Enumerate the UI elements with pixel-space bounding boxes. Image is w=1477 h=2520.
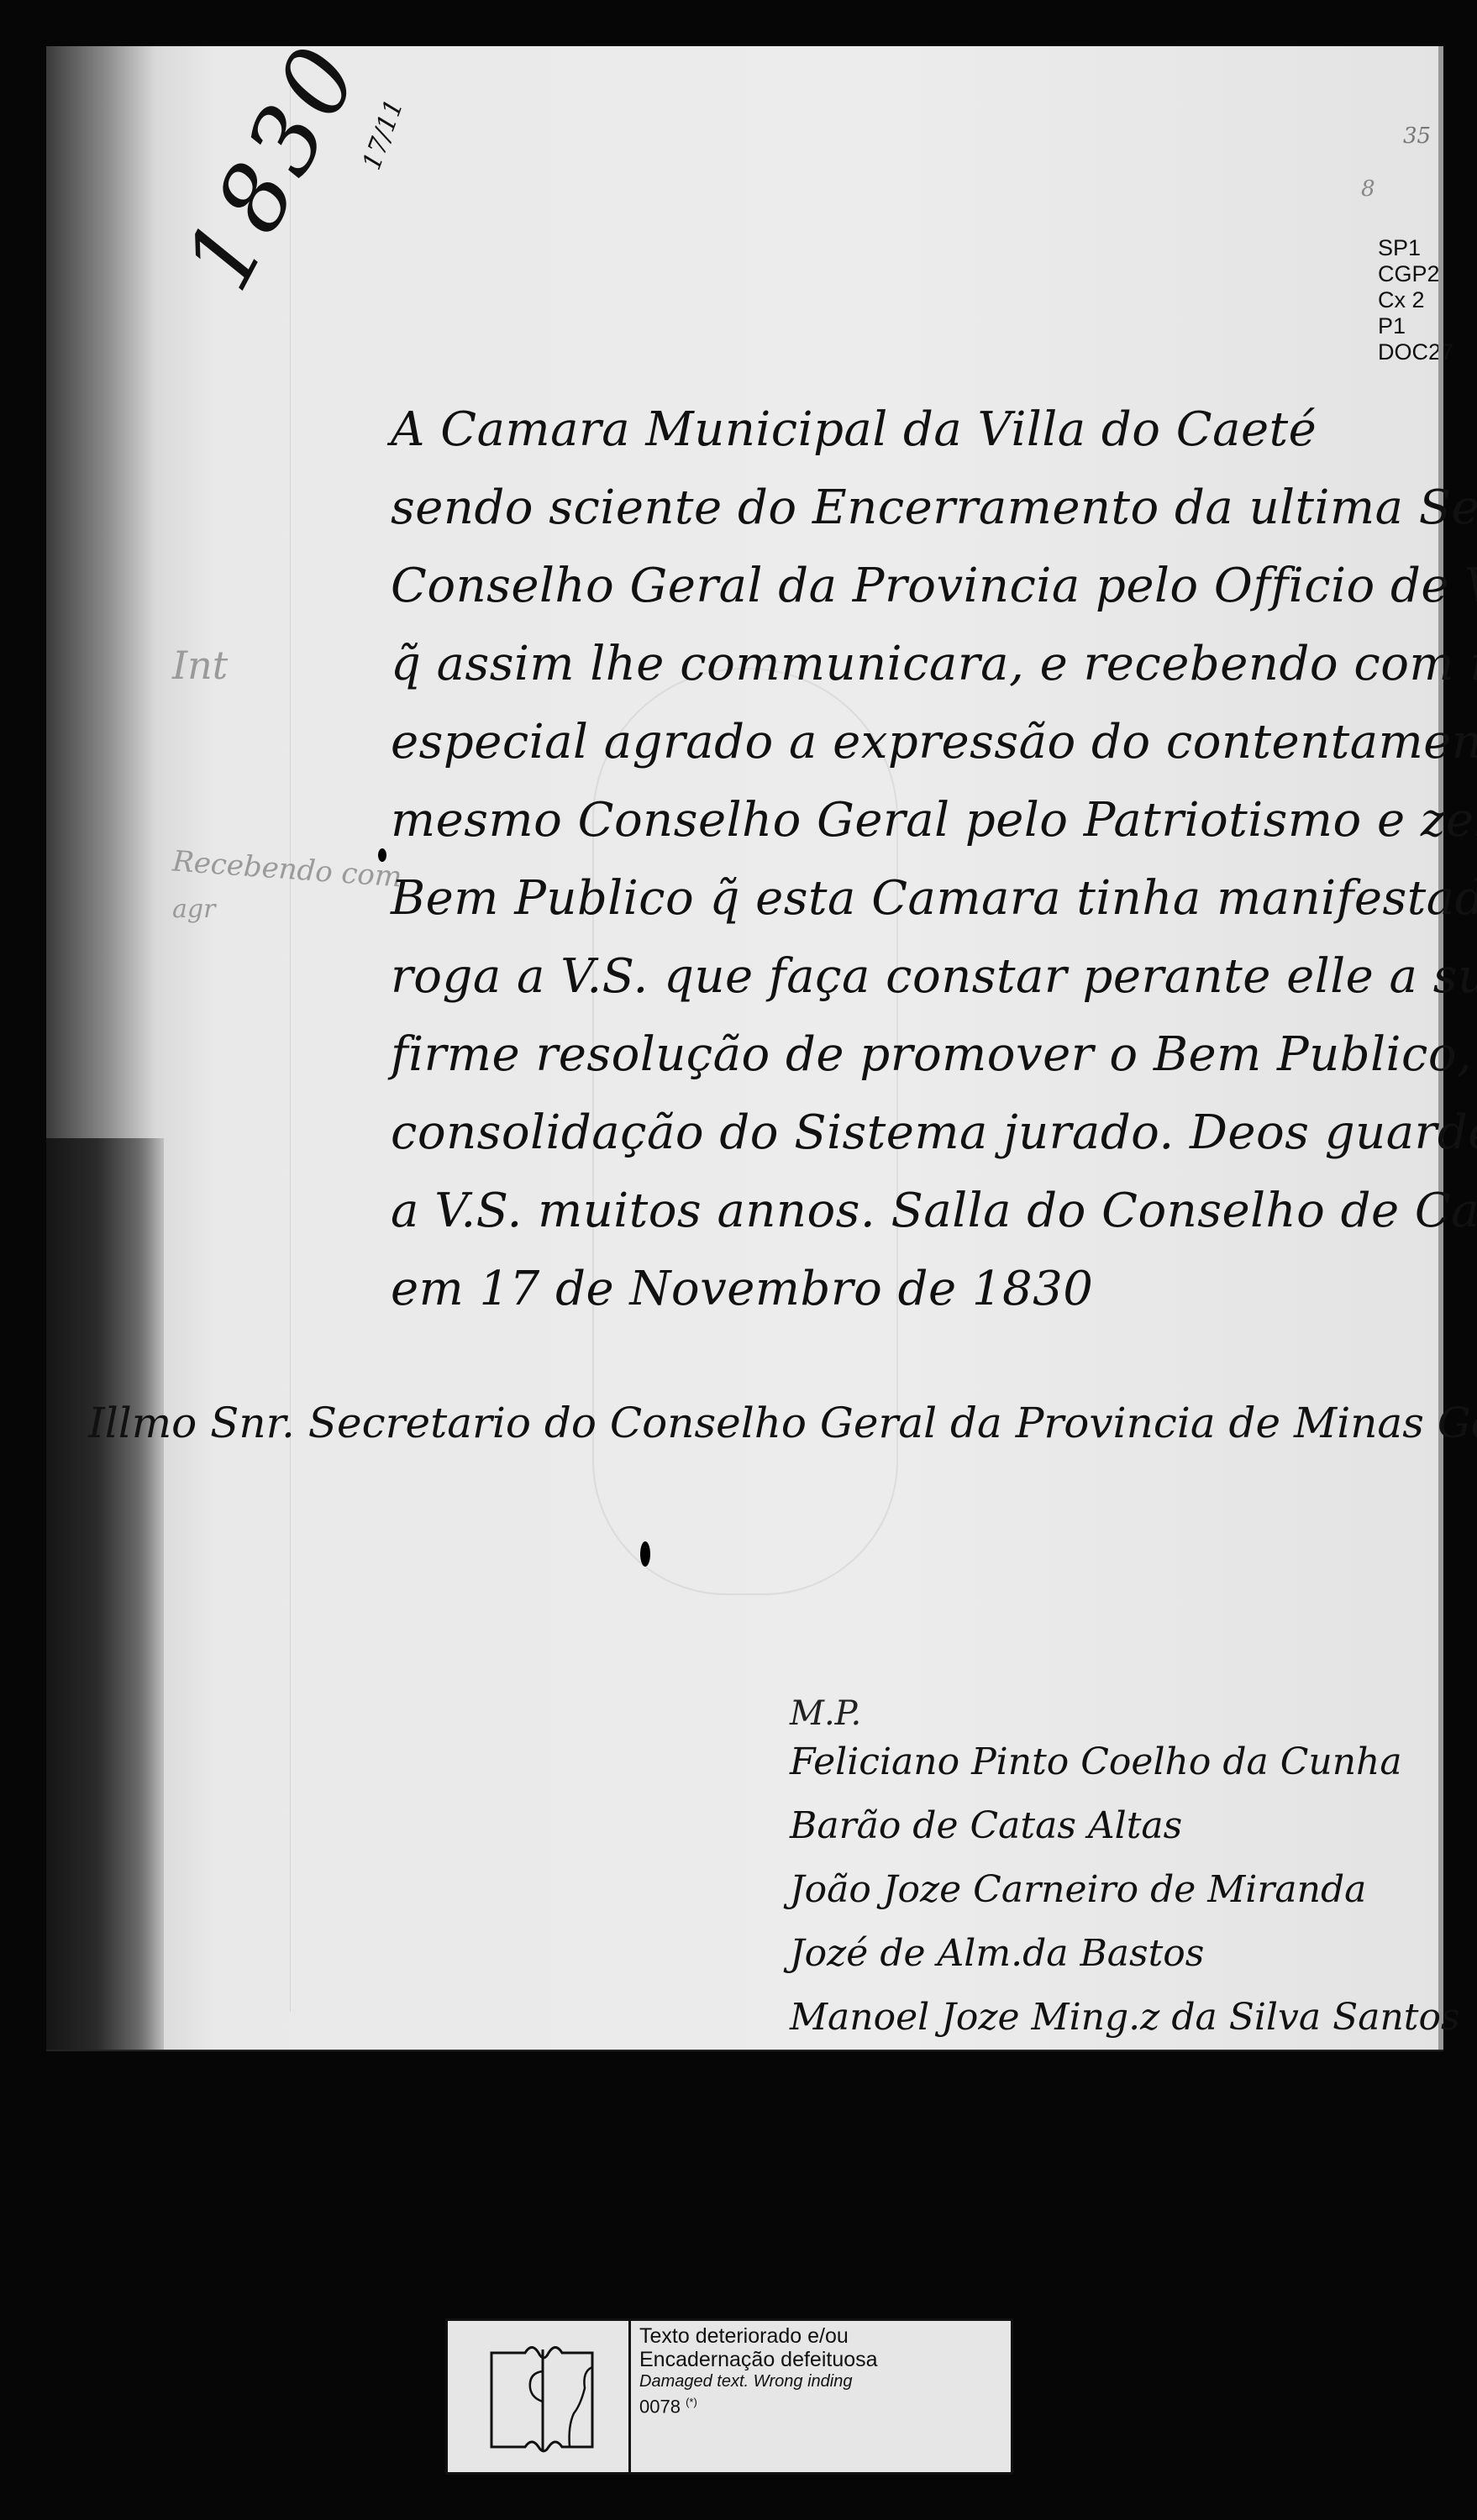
letter-line: mesmo Conselho Geral pelo Patriotismo e … [391,781,1424,859]
signature: Manoel Joze Ming.z da Silva Santos [790,1986,1460,2050]
pencil-note: Int [172,643,228,688]
letter-line: consolidação do Sistema jurado. Deos gua… [391,1094,1424,1172]
label-code: 0078 (*) [639,2391,878,2418]
letter-line: especial agrado a expressão do contentam… [391,703,1424,781]
letter-body: A Camara Municipal da Villa do Caeté sen… [391,391,1424,1328]
archive-reference: SP1 CGP2 Cx 2 P1 DOC27 [1378,235,1453,365]
label-code-number: 0078 [639,2396,681,2417]
letter-line: q̃ assim lhe communicara, e recebendo co… [391,625,1424,703]
letter-line: Bem Publico q̃ esta Camara tinha manifes… [391,859,1424,937]
label-line: Texto deteriorado e/ou [639,2324,878,2348]
signature: Barão de Catas Altas [790,1794,1460,1858]
label-line-english: Damaged text. Wrong inding [639,2371,878,2391]
reference-line: CGP2 [1378,261,1453,287]
letter-line: em 17 de Novembro de 1830 [391,1250,1424,1328]
ink-blot [378,848,386,862]
letter-line: sendo sciente do Encerramento da ultima … [391,469,1424,547]
letter-line: Conselho Geral da Provincia pelo Officio… [391,547,1424,625]
ink-blot [640,1541,650,1567]
signature-block: M.P. Feliciano Pinto Coelho da Cunha Bar… [790,1697,1460,2050]
letter-line: firme resolução de promover o Bem Public… [391,1016,1424,1094]
label-line: Encadernação defeituosa [639,2348,878,2371]
letter-line: a V.S. muitos annos. Salla do Conselho d… [391,1172,1424,1250]
margin-rule [290,80,291,2012]
year-annotation: 1830 [164,25,381,307]
reference-line: SP1 [1378,235,1453,261]
label-code-mark: (*) [686,2396,697,2408]
label-text: Texto deteriorado e/ou Encadernação defe… [631,2321,886,2472]
signature: João Joze Carneiro de Miranda [790,1858,1460,1922]
letter-line: A Camara Municipal da Villa do Caeté [391,391,1424,469]
pencil-note: agr [172,895,215,924]
date-annotation: 17/11 [357,96,409,174]
damaged-binding-icon [448,2321,628,2467]
reference-line: DOC27 [1378,339,1453,365]
signature: Jozé de Alm.da Bastos [790,1922,1460,1986]
archive-label: Texto deteriorado e/ou Encadernação defe… [445,2318,1013,2475]
folio-mark: 8 [1361,176,1375,202]
pencil-note: Recebendo com [171,845,403,895]
letter-line: roga a V.S. que faça constar perante ell… [391,937,1424,1016]
reference-line: P1 [1378,313,1453,339]
letter-address: Illmo Snr. Secretario do Conselho Geral … [88,1399,1477,1447]
signature: Feliciano Pinto Coelho da Cunha [790,1730,1460,1794]
signature-flourish: M.P. [790,1697,1460,1730]
page-number: 35 [1403,123,1431,149]
reference-line: Cx 2 [1378,287,1453,313]
label-icon-cell [448,2321,631,2472]
